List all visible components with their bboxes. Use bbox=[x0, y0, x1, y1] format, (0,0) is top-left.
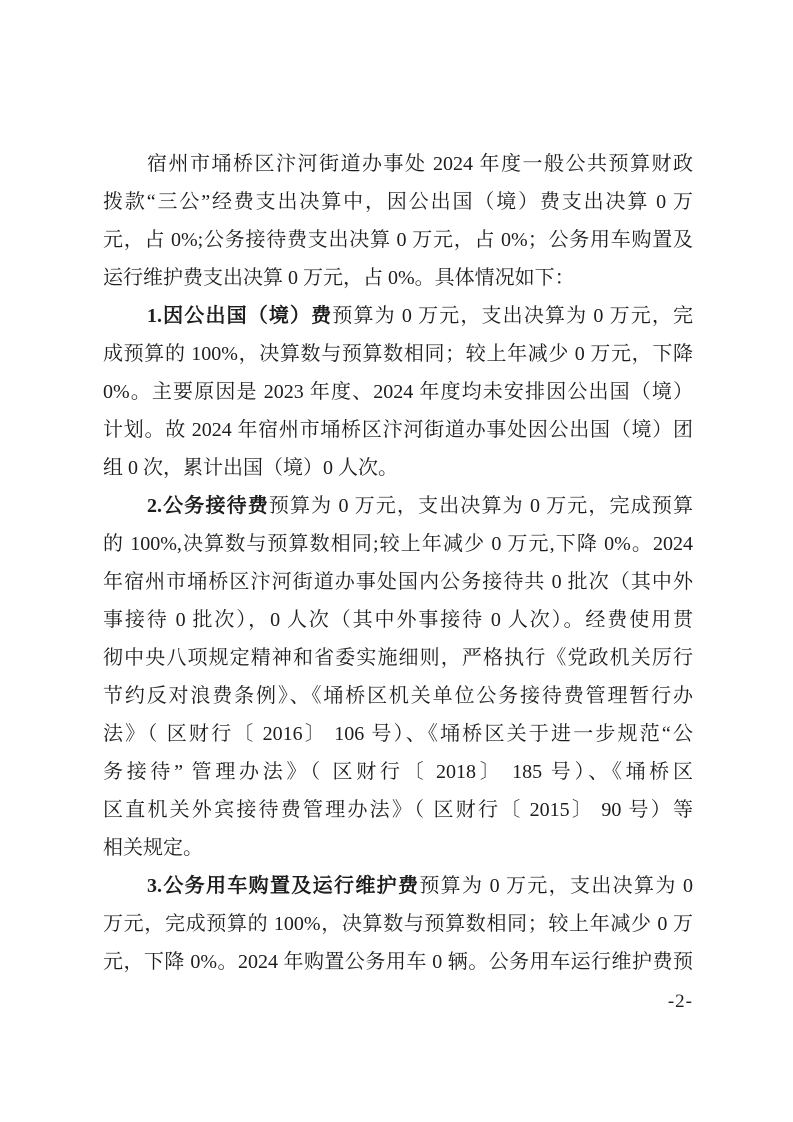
paragraph-item-3-official-vehicles: 3.公务用车购置及运行维护费预算为 0 万元，支出决算为 0万元，完成预算的 1… bbox=[103, 867, 693, 981]
paragraph-item-1-overseas-trips: 1.因公出国（境）费预算为 0 万元，支出决算为 0 万元，完成预算的 100%… bbox=[103, 297, 693, 487]
body-text: 相关规定。 bbox=[103, 837, 203, 859]
body-text: 组 0 次，累计出国（境）0 人次。 bbox=[103, 457, 398, 479]
body-text: 事接待 0 批次），0 人次（其中外事接待 0 人次）。经费使用贯 bbox=[103, 609, 693, 631]
body-text: 年宿州市埇桥区汴河街道办事处国内公务接待共 0 批次（其中外 bbox=[103, 571, 693, 593]
body-text: 预算为 0 万元，支出决算为 0 bbox=[419, 875, 693, 897]
body-text: 法》（ 区财行〔 2016〕 106 号）、《埇桥区关于进一步规范“公 bbox=[103, 723, 693, 745]
text-line: 节约反对浪费条例》、《埇桥区机关单位公务接待费管理暂行办 bbox=[103, 677, 693, 715]
body-text: 元，下降 0%。2024 年购置公务用车 0 辆。公务用车运行维护费预 bbox=[103, 951, 693, 973]
text-line: 年宿州市埇桥区汴河街道办事处国内公务接待共 0 批次（其中外 bbox=[103, 563, 693, 601]
text-line: 事接待 0 批次），0 人次（其中外事接待 0 人次）。经费使用贯 bbox=[103, 601, 693, 639]
bold-lead-text: 3.公务用车购置及运行维护费 bbox=[147, 875, 419, 897]
bold-lead-text: 1.因公出国（境）费 bbox=[147, 305, 332, 327]
text-line: 3.公务用车购置及运行维护费预算为 0 万元，支出决算为 0 bbox=[103, 867, 693, 905]
body-text: 预算为 0 万元，支出决算为 0 万元，完 bbox=[332, 305, 693, 327]
text-line: 万元，完成预算的 100%，决算数与预算数相同；较上年减少 0 万 bbox=[103, 905, 693, 943]
body-text: 元，占 0%;公务接待费支出决算 0 万元，占 0%；公务用车购置及 bbox=[103, 229, 693, 251]
body-text: 0%。主要原因是 2023 年度、2024 年度均未安排因公出国（境） bbox=[103, 381, 693, 403]
text-line: 区直机关外宾接待费管理办法》（ 区财行〔 2015〕 90 号）等 bbox=[103, 791, 693, 829]
document-body: 宿州市埇桥区汴河街道办事处 2024 年度一般公共预算财政拨款“三公”经费支出决… bbox=[103, 145, 693, 981]
body-text: 节约反对浪费条例》、《埇桥区机关单位公务接待费管理暂行办 bbox=[103, 685, 693, 707]
page-number: -2- bbox=[668, 991, 693, 1013]
text-line: 成预算的 100%，决算数与预算数相同；较上年减少 0 万元，下降 bbox=[103, 335, 693, 373]
body-text: 务接待” 管理办法》（ 区财行〔 2018〕 185 号）、《埇桥区 bbox=[103, 761, 693, 783]
text-line: 相关规定。 bbox=[103, 829, 693, 867]
text-line: 2.公务接待费预算为 0 万元，支出决算为 0 万元，完成预算 bbox=[103, 487, 693, 525]
document-page: 宿州市埇桥区汴河街道办事处 2024 年度一般公共预算财政拨款“三公”经费支出决… bbox=[0, 0, 793, 1122]
text-line: 运行维护费支出决算 0 万元，占 0%。具体情况如下： bbox=[103, 259, 693, 297]
bold-lead-text: 2.公务接待费 bbox=[147, 495, 269, 517]
text-line: 务接待” 管理办法》（ 区财行〔 2018〕 185 号）、《埇桥区 bbox=[103, 753, 693, 791]
body-text: 宿州市埇桥区汴河街道办事处 2024 年度一般公共预算财政 bbox=[147, 153, 693, 175]
text-line: 计划。故 2024 年宿州市埇桥区汴河街道办事处因公出国（境）团 bbox=[103, 411, 693, 449]
text-line: 法》（ 区财行〔 2016〕 106 号）、《埇桥区关于进一步规范“公 bbox=[103, 715, 693, 753]
body-text: 区直机关外宾接待费管理办法》（ 区财行〔 2015〕 90 号）等 bbox=[103, 799, 693, 821]
text-line: 拨款“三公”经费支出决算中，因公出国（境）费支出决算 0 万 bbox=[103, 183, 693, 221]
body-text: 预算为 0 万元，支出决算为 0 万元，完成预算 bbox=[269, 495, 693, 517]
body-text: 计划。故 2024 年宿州市埇桥区汴河街道办事处因公出国（境）团 bbox=[103, 419, 693, 441]
body-text: 的 100%,决算数与预算数相同;较上年减少 0 万元,下降 0%。2024 bbox=[103, 533, 693, 555]
body-text: 拨款“三公”经费支出决算中，因公出国（境）费支出决算 0 万 bbox=[103, 191, 693, 213]
paragraph-item-2-official-reception: 2.公务接待费预算为 0 万元，支出决算为 0 万元，完成预算的 100%,决算… bbox=[103, 487, 693, 867]
text-line: 组 0 次，累计出国（境）0 人次。 bbox=[103, 449, 693, 487]
body-text: 万元，完成预算的 100%，决算数与预算数相同；较上年减少 0 万 bbox=[103, 913, 693, 935]
text-line: 彻中央八项规定精神和省委实施细则，严格执行《党政机关厉行 bbox=[103, 639, 693, 677]
text-line: 0%。主要原因是 2023 年度、2024 年度均未安排因公出国（境） bbox=[103, 373, 693, 411]
paragraph-intro: 宿州市埇桥区汴河街道办事处 2024 年度一般公共预算财政拨款“三公”经费支出决… bbox=[103, 145, 693, 297]
text-line: 元，占 0%;公务接待费支出决算 0 万元，占 0%；公务用车购置及 bbox=[103, 221, 693, 259]
text-line: 宿州市埇桥区汴河街道办事处 2024 年度一般公共预算财政 bbox=[103, 145, 693, 183]
body-text: 彻中央八项规定精神和省委实施细则，严格执行《党政机关厉行 bbox=[103, 647, 693, 669]
text-line: 1.因公出国（境）费预算为 0 万元，支出决算为 0 万元，完 bbox=[103, 297, 693, 335]
body-text: 运行维护费支出决算 0 万元，占 0%。具体情况如下： bbox=[103, 267, 575, 289]
body-text: 成预算的 100%，决算数与预算数相同；较上年减少 0 万元，下降 bbox=[103, 343, 693, 365]
text-line: 元，下降 0%。2024 年购置公务用车 0 辆。公务用车运行维护费预 bbox=[103, 943, 693, 981]
text-line: 的 100%,决算数与预算数相同;较上年减少 0 万元,下降 0%。2024 bbox=[103, 525, 693, 563]
